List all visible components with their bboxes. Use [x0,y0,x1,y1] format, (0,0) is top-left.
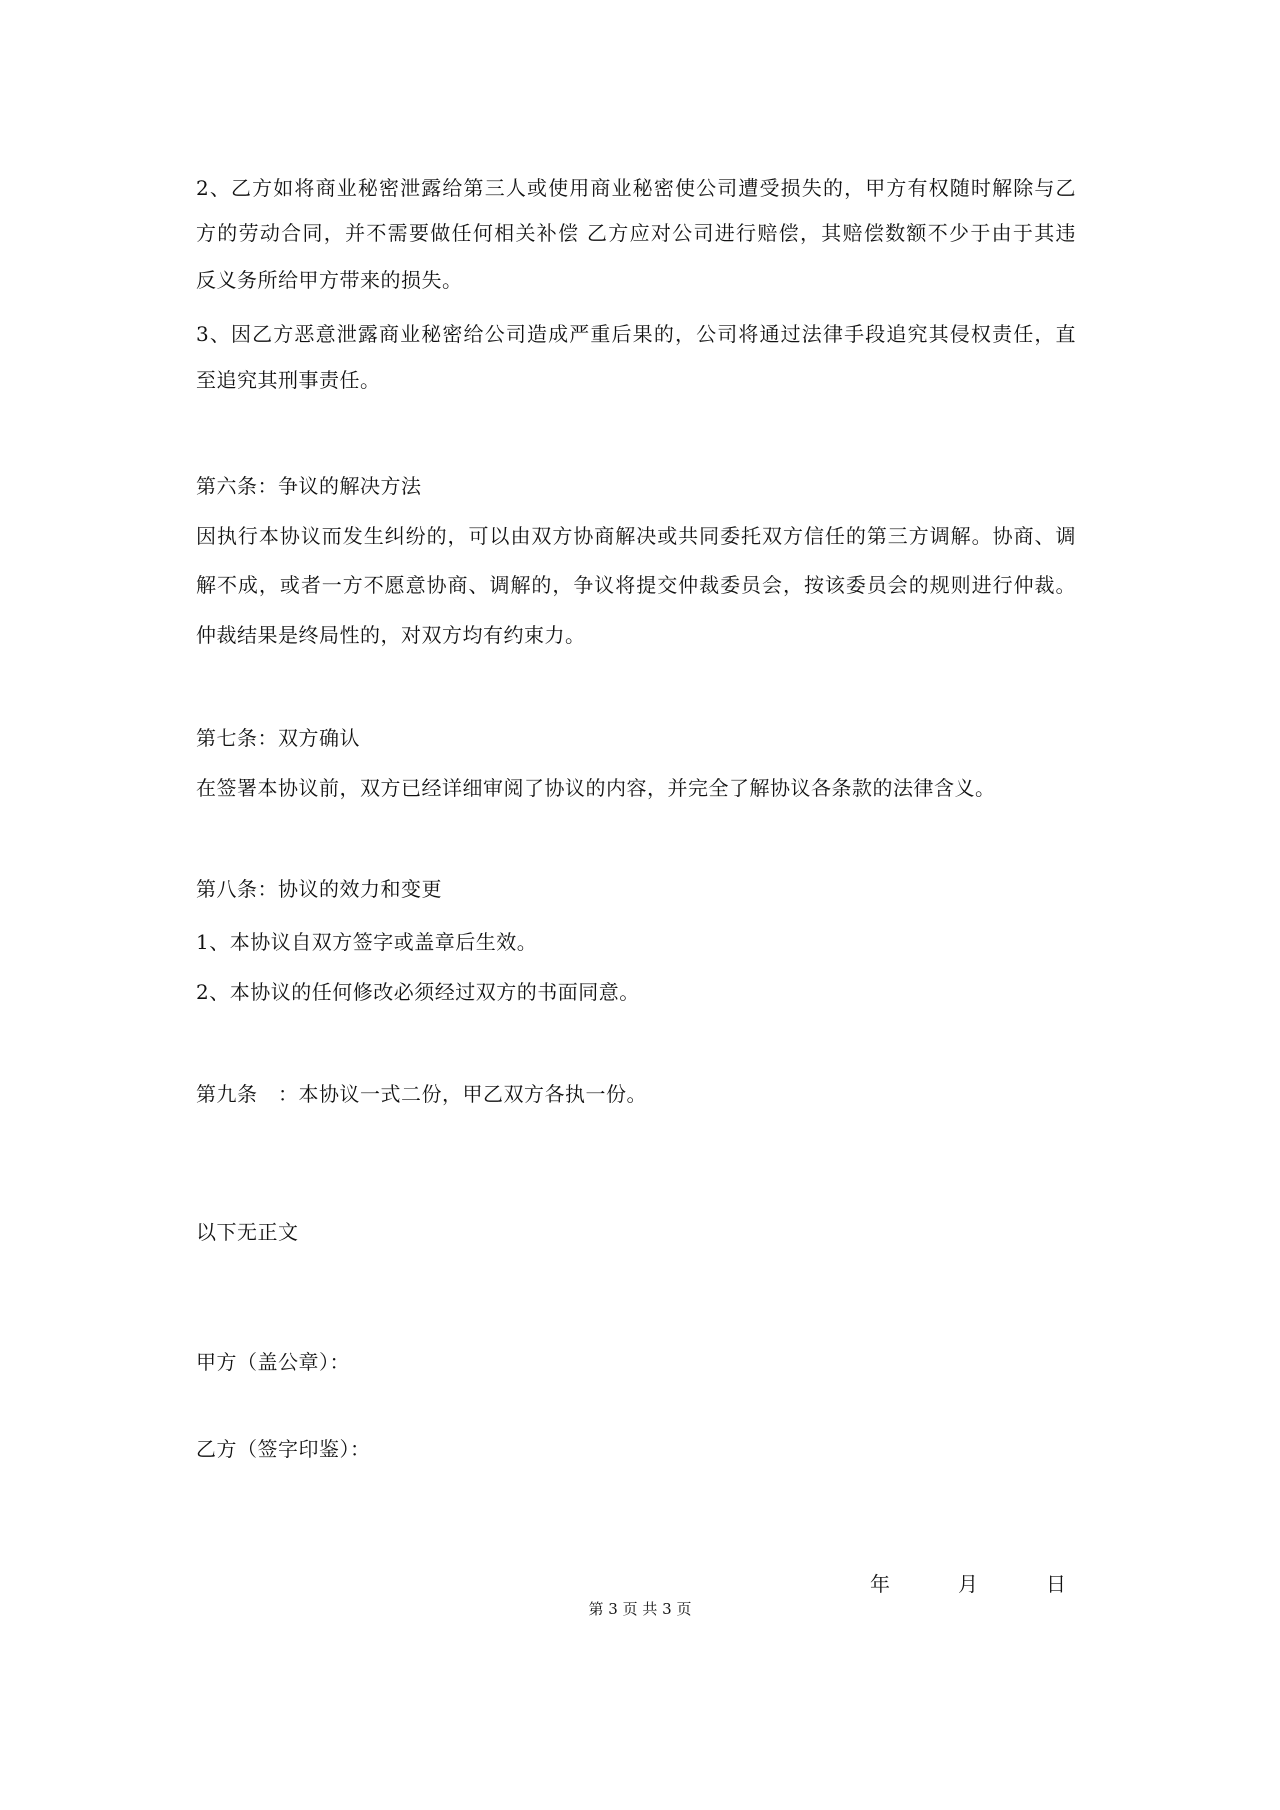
section-6-line-2: 解不成，或者一方不愿意协商、调解的，争议将提交仲裁委员会，按该委员会的规则进行仲… [196,573,1076,597]
end-note: 以下无正文 [196,1220,299,1244]
page-footer: 第 3 页 共 3 页 [0,1598,1280,1619]
clause-5-3-line-2: 至追究其刑事责任。 [196,368,381,392]
section-8-line-1: 1、本协议自双方签字或盖章后生效。 [196,930,537,954]
clause-5-2-line-1: 2、乙方如将商业秘密泄露给第三人或使用商业秘密使公司遭受损失的，甲方有权随时解除… [196,176,1076,200]
section-7-heading: 第七条：双方确认 [196,726,360,750]
clause-5-2-line-3: 反义务所给甲方带来的损失。 [196,268,463,292]
section-6-heading: 第六条：争议的解决方法 [196,474,422,498]
date-day-label: 日 [1046,1568,1066,1597]
party-b-signature-label: 乙方（签字印鉴）： [196,1437,371,1461]
section-9: 第九条 ：本协议一式二份，甲乙双方各执一份。 [196,1082,647,1106]
party-a-signature-label: 甲方（盖公章）： [196,1350,350,1374]
section-8-heading: 第八条：协议的效力和变更 [196,877,442,901]
date-year-label: 年 [870,1568,890,1597]
section-7-line-1: 在签署本协议前，双方已经详细审阅了协议的内容，并完全了解协议各条款的法律含义。 [196,776,996,800]
date-month-label: 月 [958,1568,978,1597]
section-6-line-3: 仲裁结果是终局性的，对双方均有约束力。 [196,623,586,647]
section-8-line-2: 2、本协议的任何修改必须经过双方的书面同意。 [196,980,640,1004]
section-6-line-1: 因执行本协议而发生纠纷的，可以由双方协商解决或共同委托双方信任的第三方调解。协商… [196,524,1076,548]
clause-5-2-line-2: 方的劳动合同，并不需要做任何相关补偿 乙方应对公司进行赔偿，其赔偿数额不少于由于… [196,221,1076,245]
clause-5-3-line-1: 3、因乙方恶意泄露商业秘密给公司造成严重后果的，公司将通过法律手段追究其侵权责任… [196,322,1076,346]
